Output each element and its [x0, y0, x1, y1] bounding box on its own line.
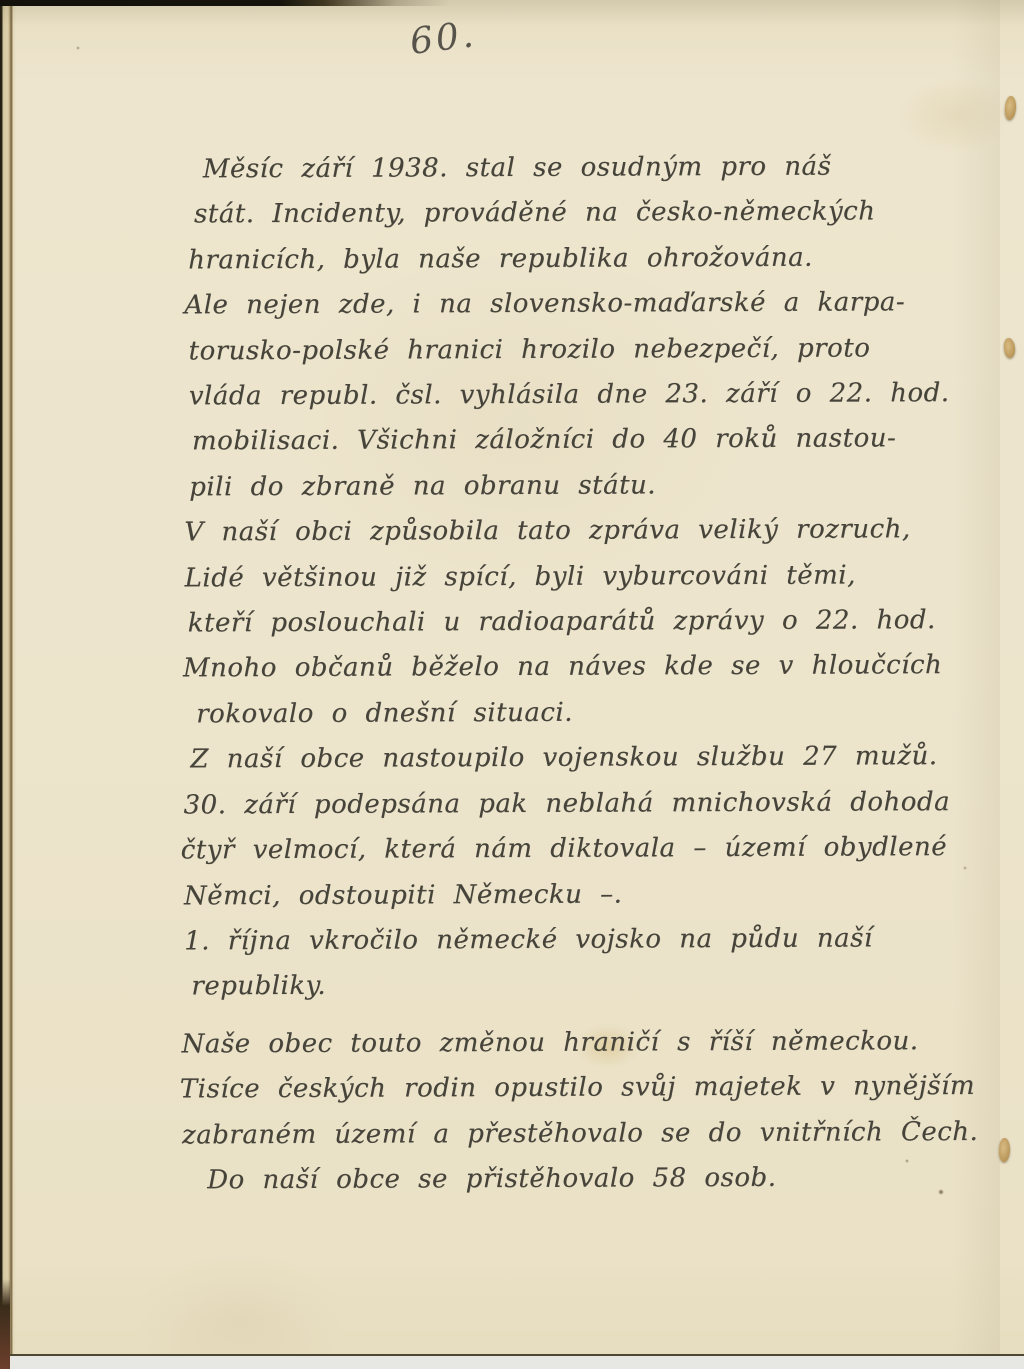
handwritten-line: stát. Incidenty, prováděné na česko-něme…: [0, 189, 1008, 239]
binding-corner: [0, 1279, 10, 1369]
handwritten-line: Tisíce českých rodin opustilo svůj majet…: [2, 1064, 1012, 1114]
handwritten-line: zabraném území a přestěhovalo se do vnit…: [2, 1109, 1012, 1159]
handwritten-line: Mnoho občanů běželo na náves kde se v hl…: [0, 643, 1010, 693]
handwritten-line: rokovalo o dnešní situaci.: [0, 689, 1010, 739]
handwritten-line: republiky.: [1, 961, 1011, 1011]
handwritten-line: Měsíc září 1938. stal se osudným pro náš: [0, 144, 1008, 194]
handwritten-line: hranicích, byla naše republika ohrožován…: [0, 235, 1008, 285]
book-spine-edge: [0, 0, 16, 1356]
handwritten-line: Naše obec touto změnou hraničí s říší ně…: [2, 1019, 1012, 1069]
page-top-shadow: [0, 0, 1024, 26]
scanner-bottom-strip: [0, 1354, 1024, 1369]
handwritten-line: Němci, odstoupiti Německu –.: [1, 870, 1011, 920]
handwritten-line: 1. října vkročilo německé vojsko na půdu…: [1, 916, 1011, 966]
handwritten-line: Lidé většinou již spící, byli vyburcován…: [0, 552, 1010, 602]
handwritten-line: Do naší obce se přistěhovalo 58 osob.: [2, 1155, 1012, 1205]
handwritten-line: torusko-polské hranici hrozilo nebezpečí…: [0, 325, 1009, 375]
handwritten-line: čtyř velmocí, která nám diktovala – územ…: [1, 825, 1011, 875]
handwritten-line: 30. září podepsána pak neblahá mnichovsk…: [0, 779, 1010, 829]
handwritten-line: vláda republ. čsl. vyhlásila dne 23. zář…: [0, 371, 1009, 421]
handwritten-line: pili do zbraně na obranu státu.: [0, 462, 1009, 512]
handwritten-line: kteří poslouchali u radioaparátů zprávy …: [0, 598, 1010, 648]
handwritten-line: V naší obci způsobila tato zpráva veliký…: [0, 507, 1009, 557]
handwritten-line: mobilisaci. Všichni záložníci do 40 roků…: [0, 416, 1009, 466]
page-right-shadow: [952, 0, 1000, 1356]
handwritten-line: Z naší obce nastoupilo vojenskou službu …: [0, 734, 1010, 784]
scanned-chronicle-page: 60. Měsíc září 1938. stal se osudným pro…: [0, 0, 1024, 1369]
handwritten-text-block: Měsíc září 1938. stal se osudným pro náš…: [0, 144, 1012, 1205]
handwritten-line: Ale nejen zde, i na slovensko-maďarské a…: [0, 280, 1008, 330]
